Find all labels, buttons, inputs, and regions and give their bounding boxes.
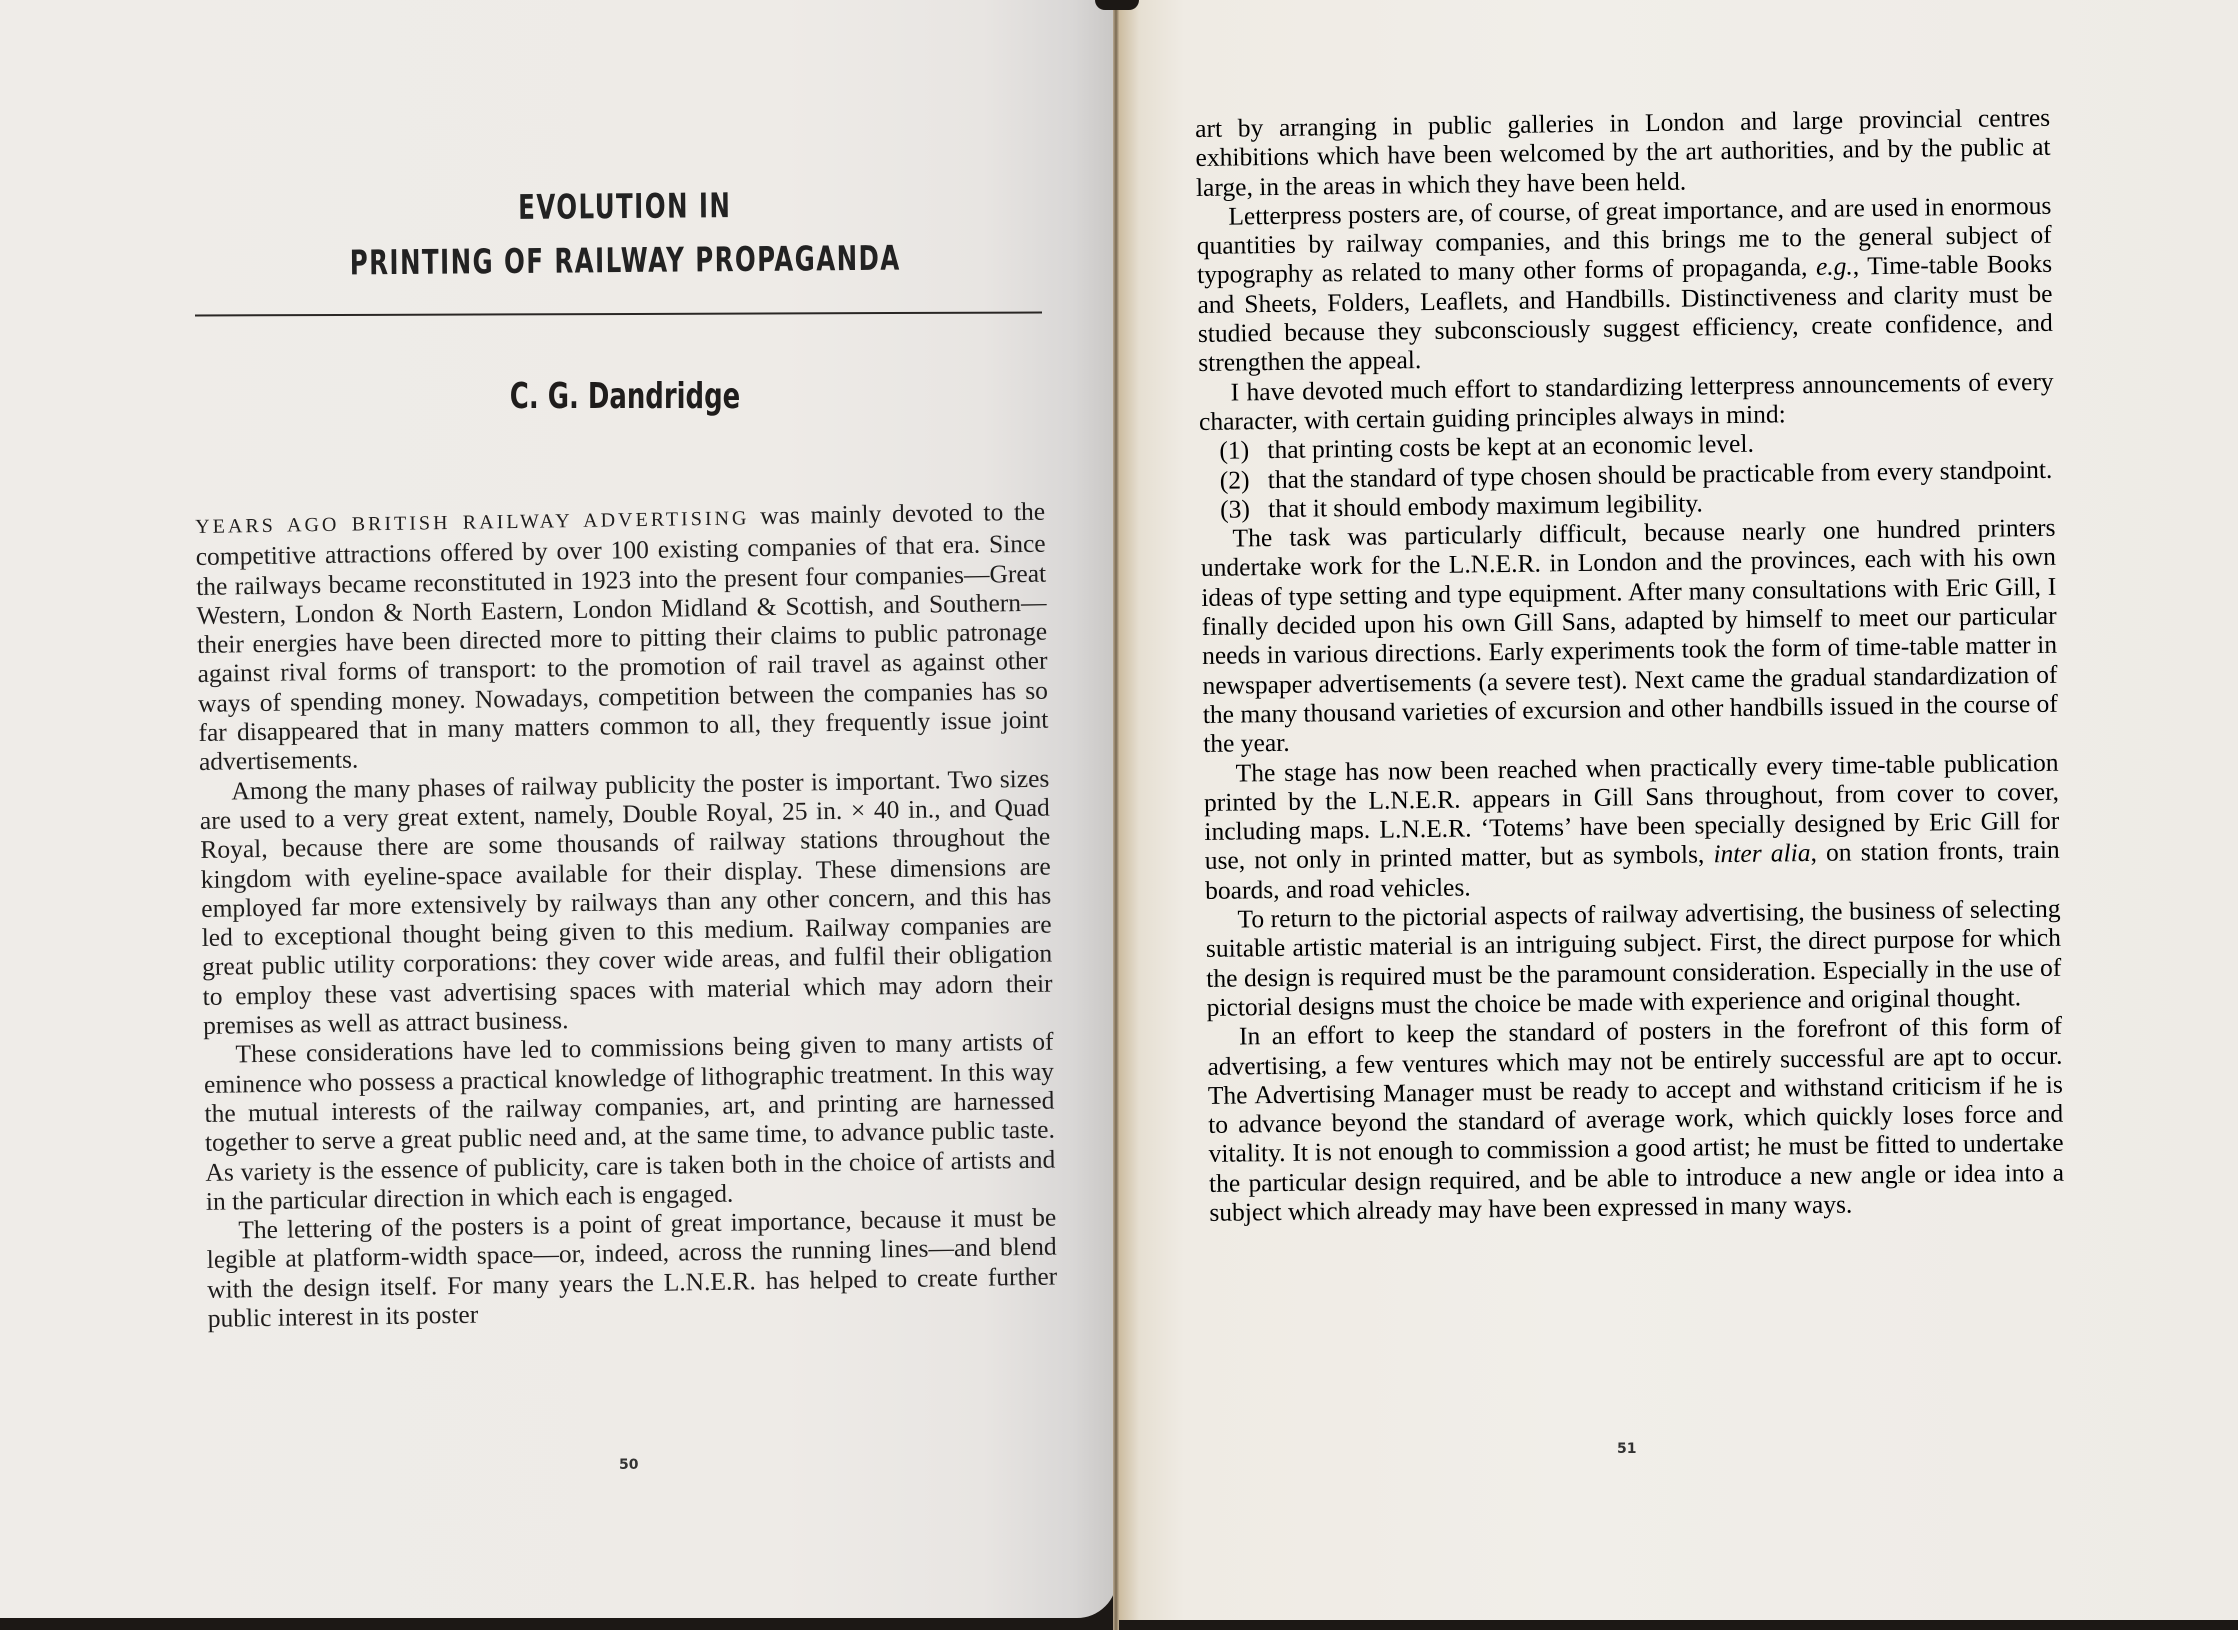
left-page: EVOLUTION IN PRINTING OF RAILWAY PROPAGA… [0, 0, 1117, 1618]
left-body-text: YEARS AGO BRITISH RAILWAY ADVERTISING wa… [195, 497, 1058, 1334]
paragraph: The lettering of the posters is a point … [206, 1203, 1058, 1334]
title-rule [195, 312, 1042, 317]
page-number-right: 51 [1617, 1441, 1636, 1457]
article-title: EVOLUTION IN PRINTING OF RAILWAY PROPAGA… [195, 176, 1056, 292]
paragraph: The task was particularly difficult, bec… [1200, 513, 2058, 759]
paragraph: Letterpress posters are, of course, of g… [1196, 191, 2053, 378]
paragraph: To return to the pictorial aspects of ra… [1205, 894, 2061, 1022]
book-gutter [1113, 0, 1119, 1630]
paragraph: art by arranging in public galleries in … [1195, 103, 2051, 202]
list-number: (1) [1219, 435, 1267, 465]
list-number: (2) [1220, 465, 1268, 495]
list-number: (3) [1220, 494, 1268, 524]
paragraph: YEARS AGO BRITISH RAILWAY ADVERTISING wa… [195, 497, 1049, 777]
page-number-left: 50 [619, 1457, 638, 1473]
right-body-text: art by arranging in public galleries in … [1195, 103, 2064, 1227]
paragraph: In an effort to keep the standard of pos… [1207, 1011, 2065, 1227]
lead-in-smallcaps: YEARS AGO BRITISH RAILWAY ADVERTISING [195, 507, 749, 538]
author-byline: C. G. Dandridge [195, 376, 1055, 417]
paragraph: The stage has now been reached when prac… [1203, 747, 2060, 905]
title-line-2: PRINTING OF RAILWAY PROPAGANDA [315, 231, 935, 290]
author-name: C. G. Dandridge [510, 376, 740, 417]
paragraph: These considerations have led to commiss… [203, 1027, 1056, 1216]
paragraph: Among the many phases of railway publici… [199, 763, 1053, 1040]
title-line-1: EVOLUTION IN [315, 177, 935, 236]
book-spread: EVOLUTION IN PRINTING OF RAILWAY PROPAGA… [0, 0, 2238, 1630]
spine-shadow [1095, 0, 1139, 10]
